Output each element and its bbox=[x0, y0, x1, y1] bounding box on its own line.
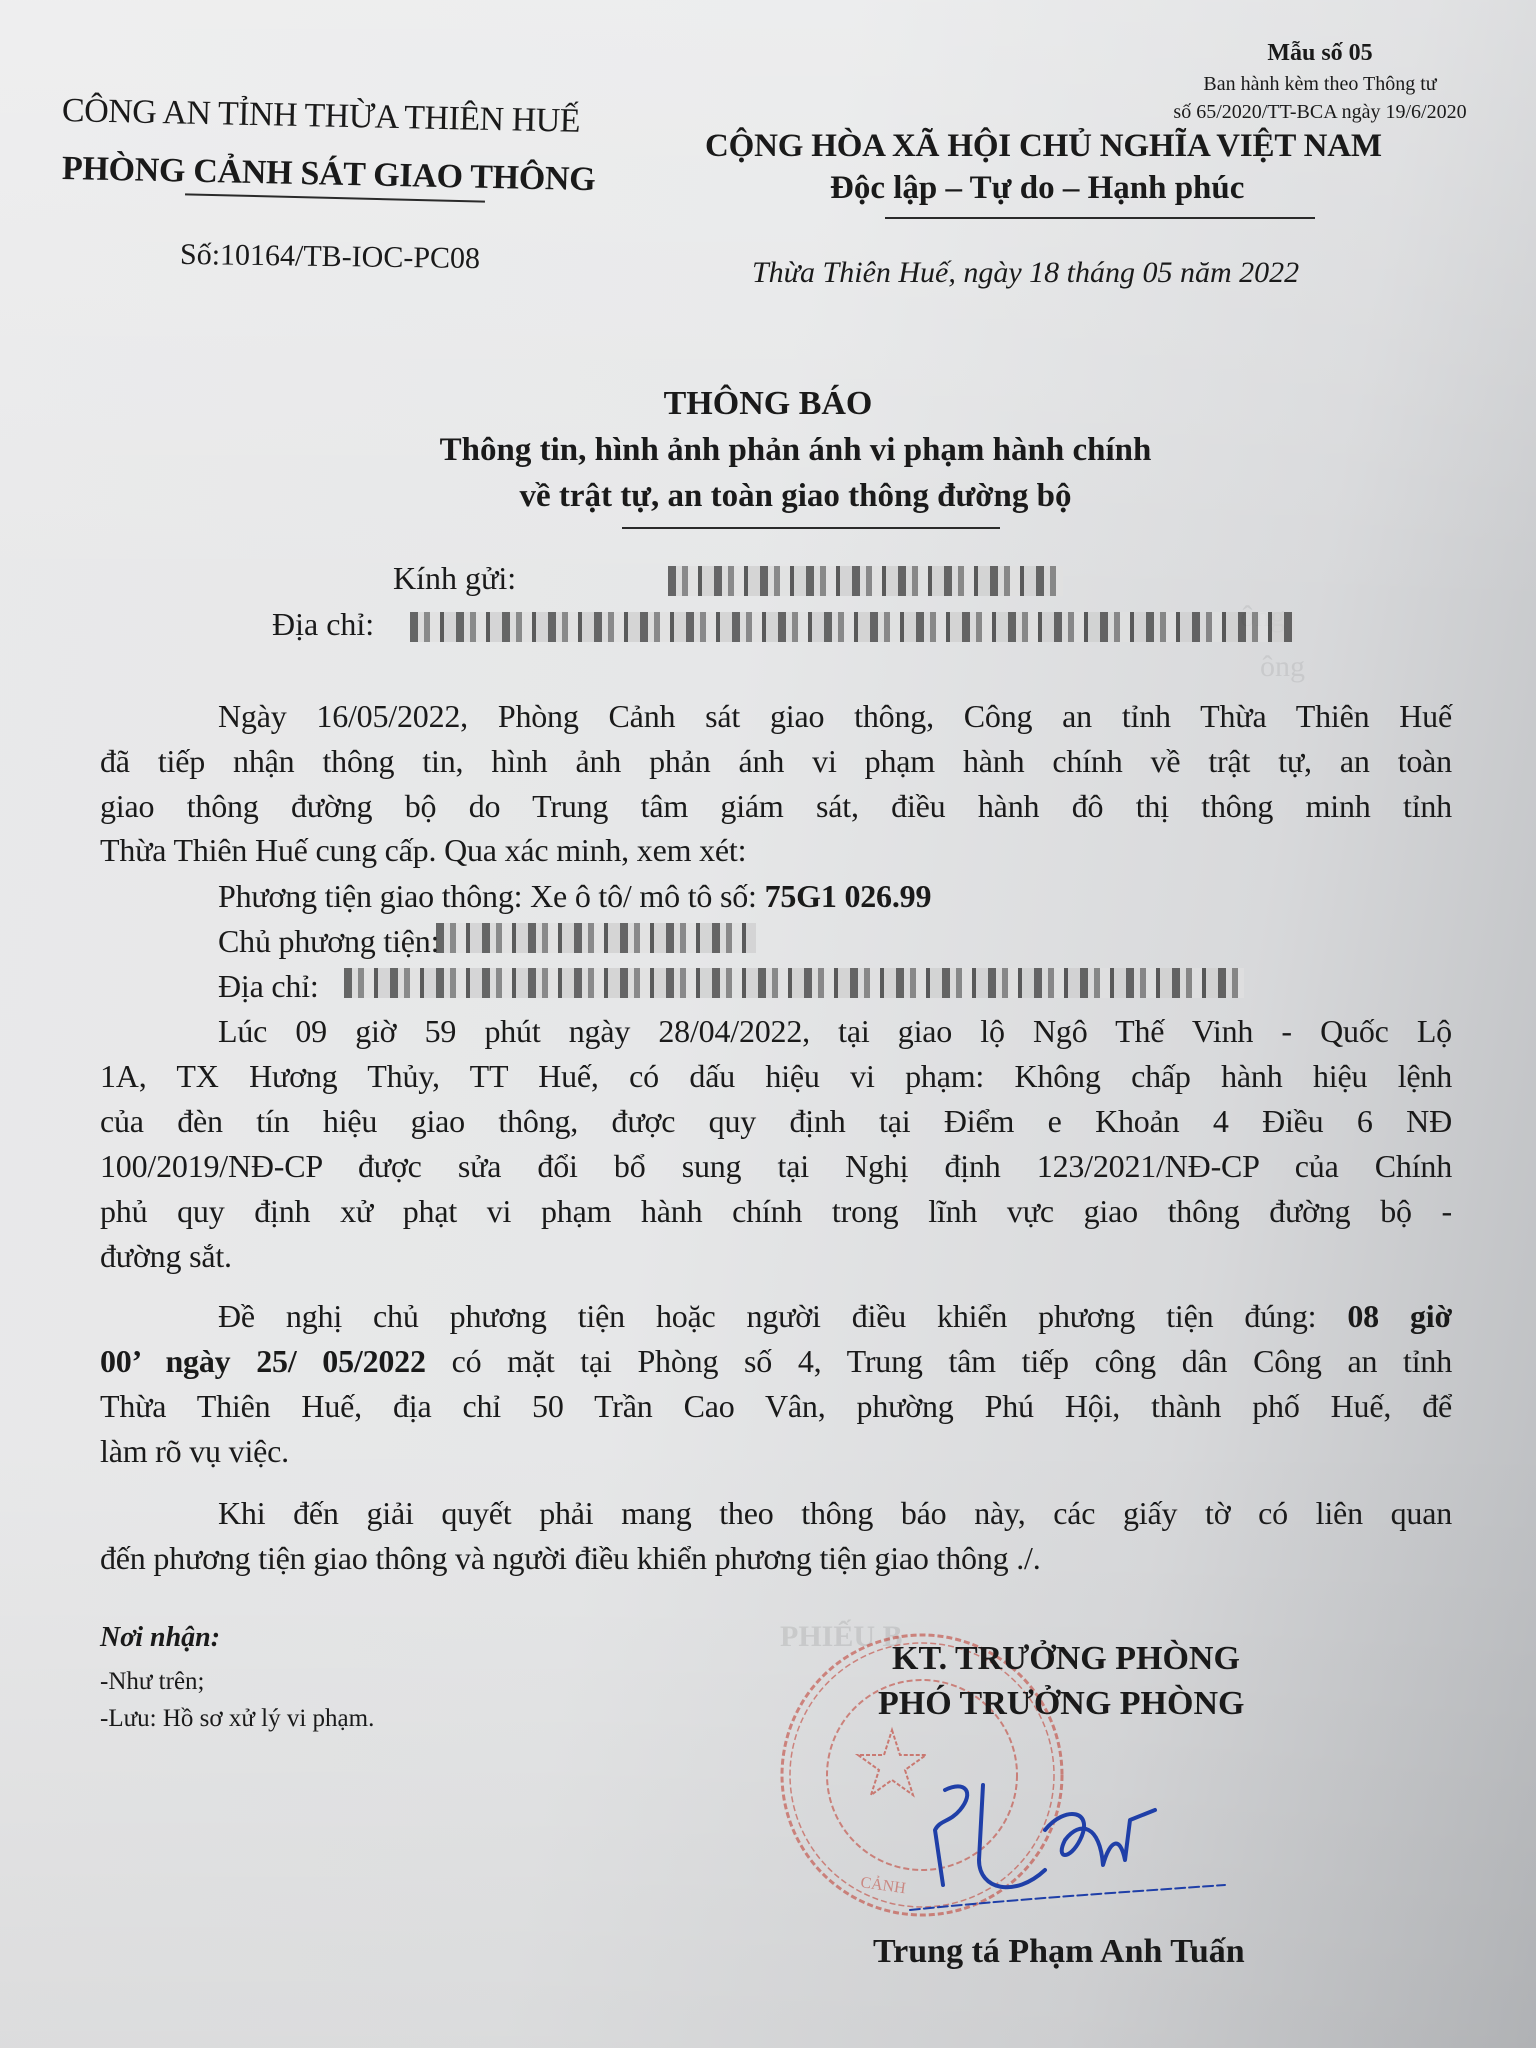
redacted-recipient-name bbox=[668, 566, 1063, 596]
para3-line: Đề nghị chủ phương tiện hoặc người điều … bbox=[218, 1298, 1452, 1335]
para2-line: đường sắt. bbox=[100, 1238, 232, 1275]
redacted-recipient-address bbox=[410, 612, 1295, 642]
para2-line: Lúc 09 giờ 59 phút ngày 28/04/2022, tại … bbox=[218, 1013, 1452, 1050]
document-number: Số:10164/TB-IOC-PC08 bbox=[180, 238, 480, 276]
national-title: CỘNG HÒA XÃ HỘI CHỦ NGHĨA VIỆT NAM bbox=[705, 128, 1382, 165]
document-subtitle-2: về trật tự, an toàn giao thông đường bộ bbox=[0, 478, 1536, 515]
recipient-label: Kính gửi: bbox=[393, 560, 516, 597]
recipients-item: -Lưu: Hồ sơ xử lý vi phạm. bbox=[100, 1705, 374, 1733]
svg-text:CẢNH: CẢNH bbox=[859, 1872, 907, 1897]
para1-line: giao thông đường bộ do Trung tâm giám sá… bbox=[100, 788, 1452, 825]
para3-line: Thừa Thiên Huế, địa chỉ 50 Trần Cao Vân,… bbox=[100, 1388, 1452, 1425]
form-template-line1: Ban hành kèm theo Thông tư bbox=[1100, 70, 1536, 98]
para1-line: Thừa Thiên Huế cung cấp. Qua xác minh, x… bbox=[100, 832, 746, 869]
motto-underline bbox=[885, 217, 1315, 219]
para1-line: đã tiếp nhận thông tin, hình ảnh phản án… bbox=[100, 743, 1452, 780]
para4-line: đến phương tiện giao thông và người điều… bbox=[100, 1540, 1041, 1577]
form-template-number: Mẫu số 05 bbox=[1180, 40, 1460, 67]
document-subtitle-1: Thông tin, hình ảnh phản ánh vi phạm hàn… bbox=[0, 432, 1536, 469]
form-template-line2: số 65/2020/TT-BCA ngày 19/6/2020 bbox=[1100, 98, 1536, 126]
title-underline bbox=[622, 527, 1000, 529]
appointment-time: 08 giờ bbox=[1347, 1298, 1452, 1334]
owner-address-label: Địa chỉ: bbox=[218, 968, 319, 1005]
para2-line: 1A, TX Hương Thủy, TT Huế, có dấu hiệu v… bbox=[100, 1058, 1452, 1095]
para3-line: 00’ ngày 25/ 05/2022 có mặt tại Phòng số… bbox=[100, 1343, 1452, 1380]
para1-line: Ngày 16/05/2022, Phòng Cảnh sát giao thô… bbox=[218, 698, 1452, 735]
redacted-owner-name bbox=[436, 923, 756, 953]
recipient-address-label: Địa chỉ: bbox=[272, 606, 374, 643]
national-motto: Độc lập – Tự do – Hạnh phúc bbox=[830, 170, 1244, 207]
para2-line: 100/2019/NĐ-CP được sửa đổi bổ sung tại … bbox=[100, 1148, 1452, 1185]
signature-title-2: PHÓ TRƯỞNG PHÒNG bbox=[878, 1685, 1244, 1723]
para3-request: Đề nghị chủ phương tiện hoặc người điều … bbox=[218, 1298, 1316, 1334]
issuing-agency: PHÒNG CẢNH SÁT GIAO THÔNG bbox=[62, 150, 596, 199]
recipients-item: -Như trên; bbox=[100, 1668, 205, 1696]
recipients-label: Nơi nhận: bbox=[100, 1622, 220, 1654]
document-title: THÔNG BÁO bbox=[0, 385, 1536, 423]
parent-agency: CÔNG AN TỈNH THỪA THIÊN HUẾ bbox=[62, 92, 581, 141]
appointment-location: có mặt tại Phòng số 4, Trung tâm tiếp cô… bbox=[452, 1343, 1452, 1379]
appointment-date: 00’ ngày 25/ 05/2022 bbox=[100, 1343, 426, 1379]
license-plate: 75G1 026.99 bbox=[765, 878, 932, 914]
redacted-owner-address bbox=[344, 968, 1244, 998]
para2-line: phủ quy định xử phạt vi phạm hành chính … bbox=[100, 1193, 1452, 1230]
bleed-through-text: ông bbox=[1260, 650, 1305, 684]
owner-label: Chủ phương tiện: bbox=[218, 923, 439, 960]
vehicle-line: Phương tiện giao thông: Xe ô tô/ mô tô s… bbox=[218, 878, 931, 915]
signatory-name: Trung tá Phạm Anh Tuấn bbox=[873, 1933, 1245, 1971]
handwritten-signature-icon bbox=[905, 1780, 1245, 1920]
vehicle-label: Phương tiện giao thông: Xe ô tô/ mô tô s… bbox=[218, 878, 757, 914]
para3-line: làm rõ vụ việc. bbox=[100, 1433, 289, 1470]
para4-line: Khi đến giải quyết phải mang theo thông … bbox=[218, 1495, 1452, 1532]
form-template-reference: Ban hành kèm theo Thông tư số 65/2020/TT… bbox=[1100, 70, 1536, 126]
signature-title-1: KT. TRƯỞNG PHÒNG bbox=[892, 1640, 1240, 1678]
para2-line: của đèn tín hiệu giao thông, được quy đị… bbox=[100, 1103, 1452, 1140]
place-and-date: Thừa Thiên Huế, ngày 18 tháng 05 năm 202… bbox=[752, 256, 1299, 290]
